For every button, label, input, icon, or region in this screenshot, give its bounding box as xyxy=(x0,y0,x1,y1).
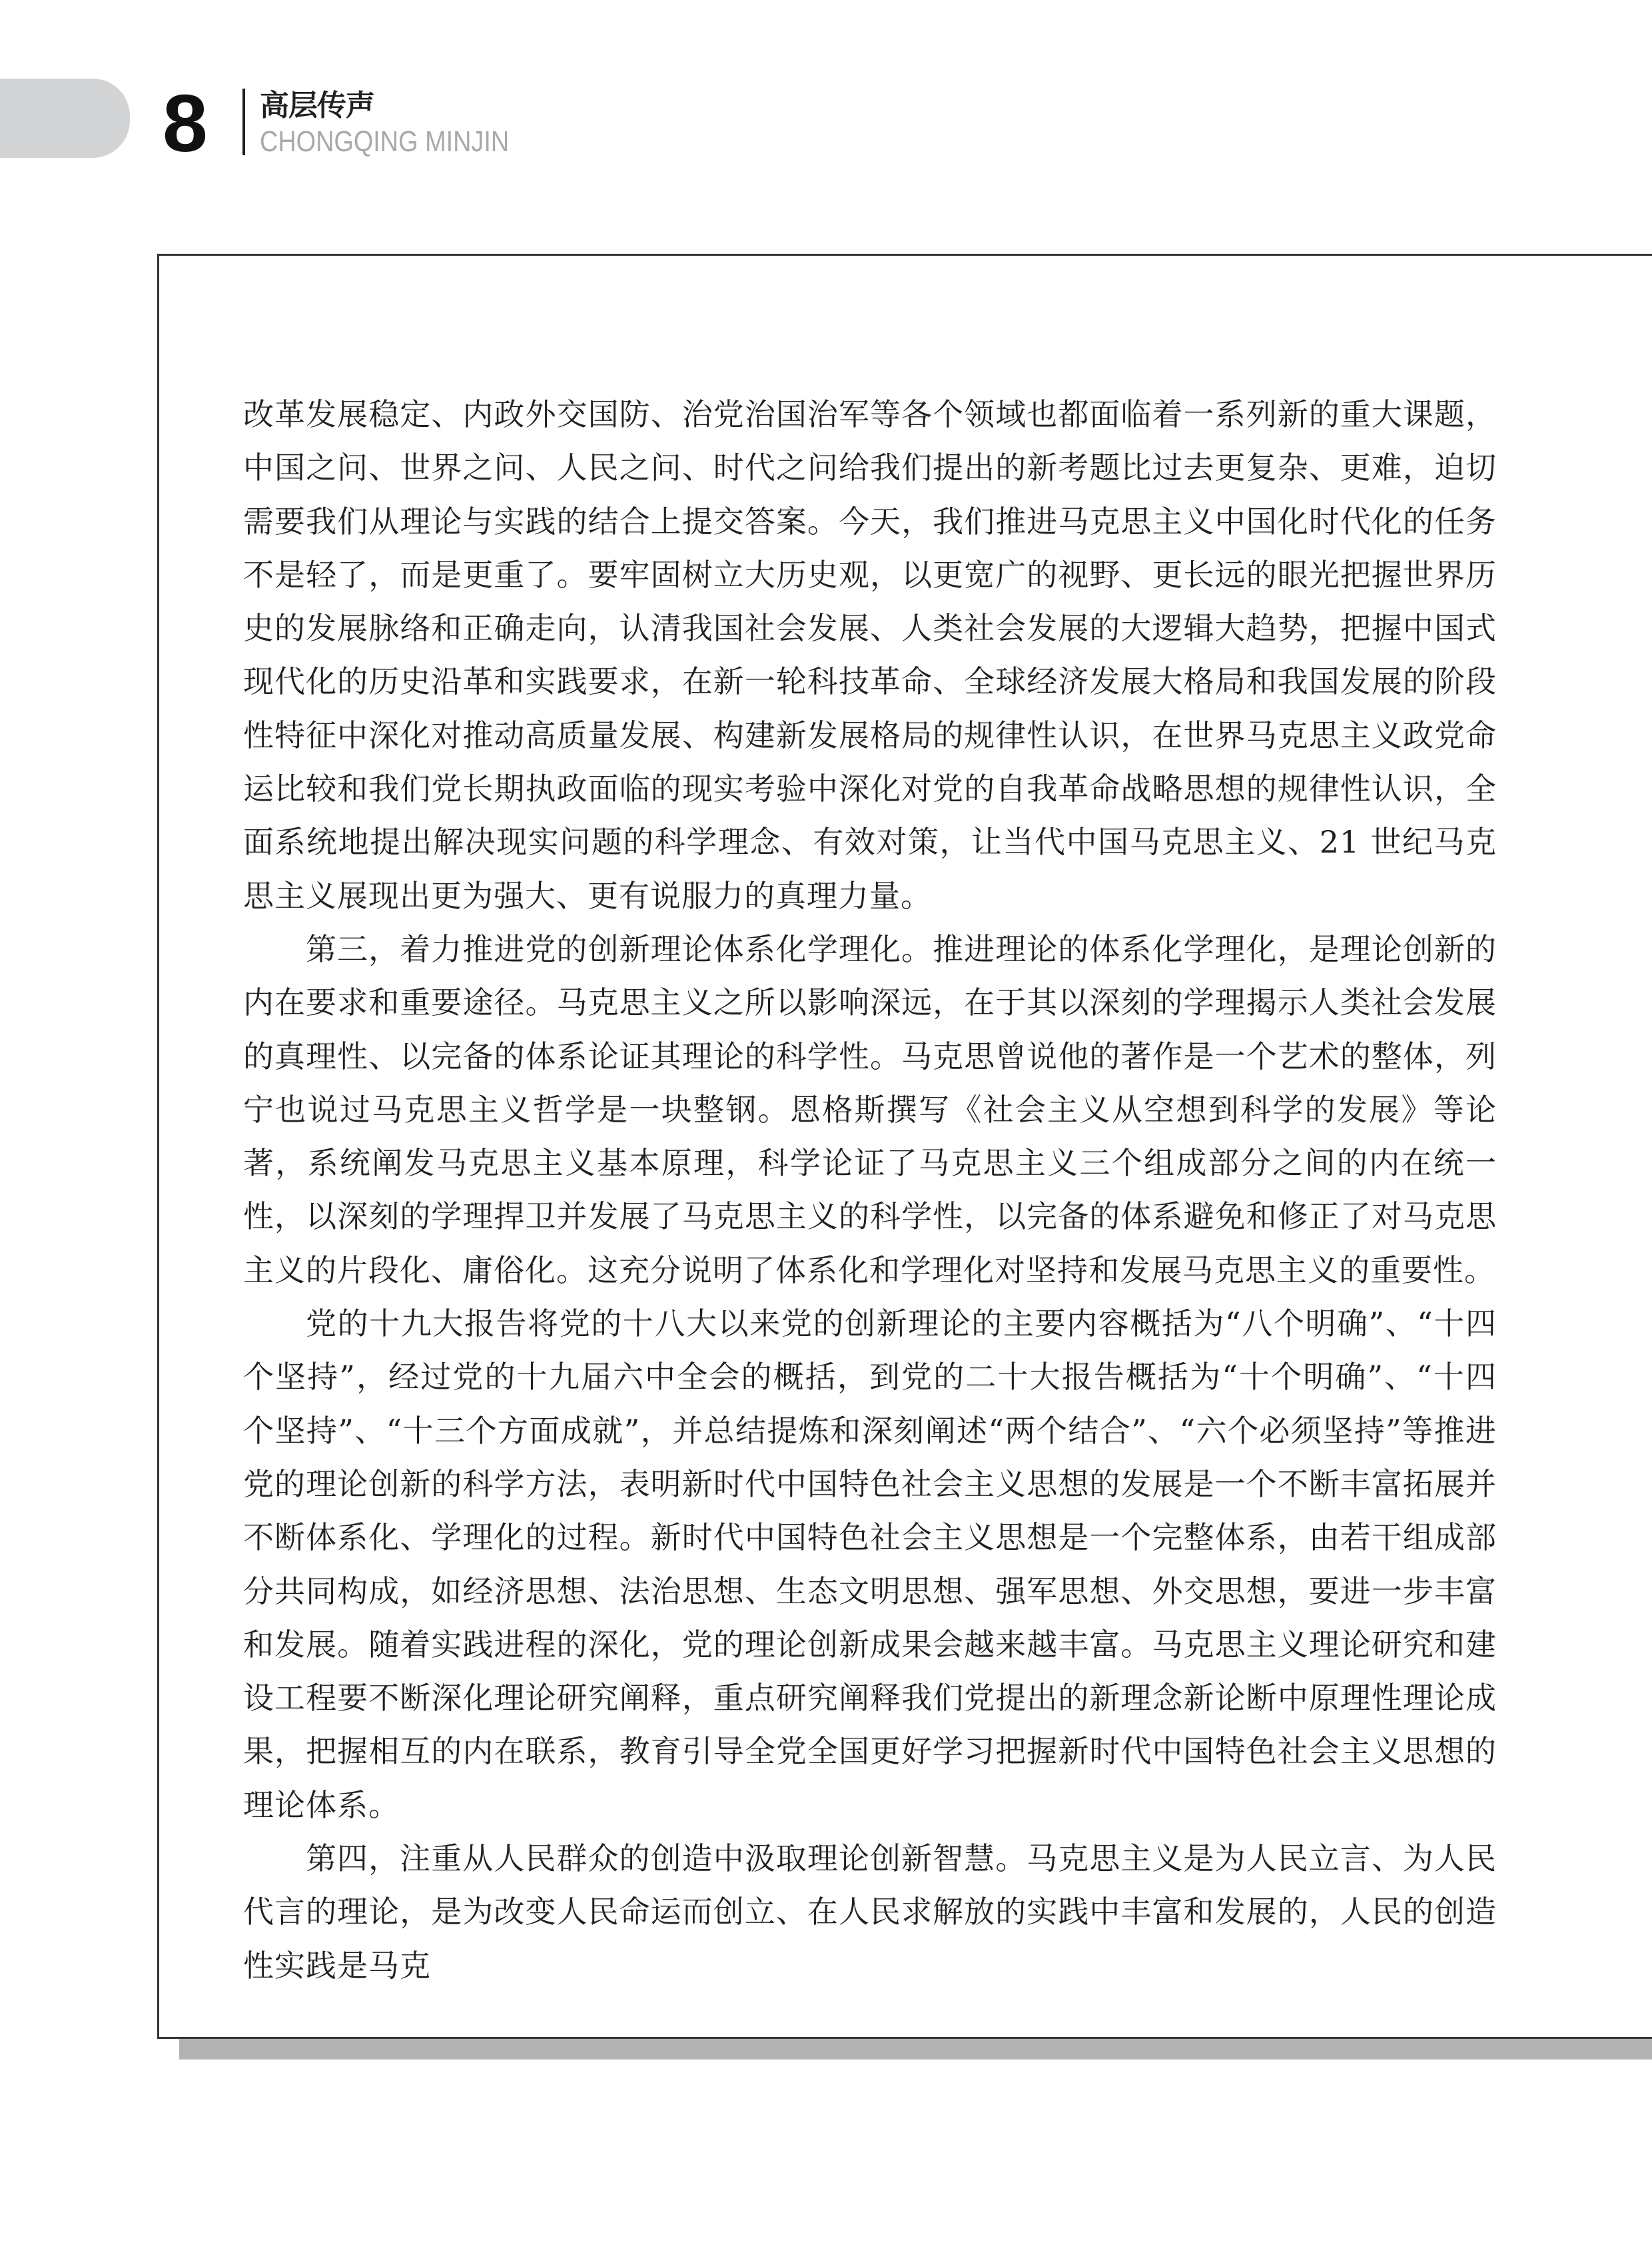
frame-shadow xyxy=(179,2039,1652,2059)
article-body: 改革发展稳定、内政外交国防、治党治国治军等各个领域也都面临着一系列新的重大课题，… xyxy=(243,388,1497,1992)
page-number: 8 xyxy=(163,83,208,164)
paragraph-lead: 第三，着力推进党的创新理论体系化学理化。 xyxy=(306,931,933,967)
header-divider xyxy=(242,89,245,155)
header-tab-decoration xyxy=(0,79,130,158)
paragraph-text: 党的十九大报告将党的十八大以来党的创新理论的主要内容概括为“八个明确”、“十四个… xyxy=(243,1306,1497,1823)
paragraph-text: 改革发展稳定、内政外交国防、治党治国治军等各个领域也都面临着一系列新的重大课题，… xyxy=(243,396,1497,914)
paragraph-1: 改革发展稳定、内政外交国防、治党治国治军等各个领域也都面临着一系列新的重大课题，… xyxy=(243,388,1497,923)
paragraph-2: 第三，着力推进党的创新理论体系化学理化。推进理论的体系化学理化，是理论创新的内在… xyxy=(243,923,1497,1297)
paragraph-text: 推进理论的体系化学理化，是理论创新的内在要求和重要途径。马克思主义之所以影响深远… xyxy=(243,931,1497,1288)
section-title: 高层传声 xyxy=(260,88,374,124)
paragraph-4: 第四，注重从人民群众的创造中汲取理论创新智慧。马克思主义是为人民立言、为人民代言… xyxy=(243,1832,1497,1992)
paragraph-3: 党的十九大报告将党的十八大以来党的创新理论的主要内容概括为“八个明确”、“十四个… xyxy=(243,1297,1497,1832)
paragraph-lead: 第四，注重从人民群众的创造中汲取理论创新智慧。 xyxy=(306,1840,1027,1876)
section-subtitle: CHONGQING MINJIN xyxy=(260,127,509,157)
